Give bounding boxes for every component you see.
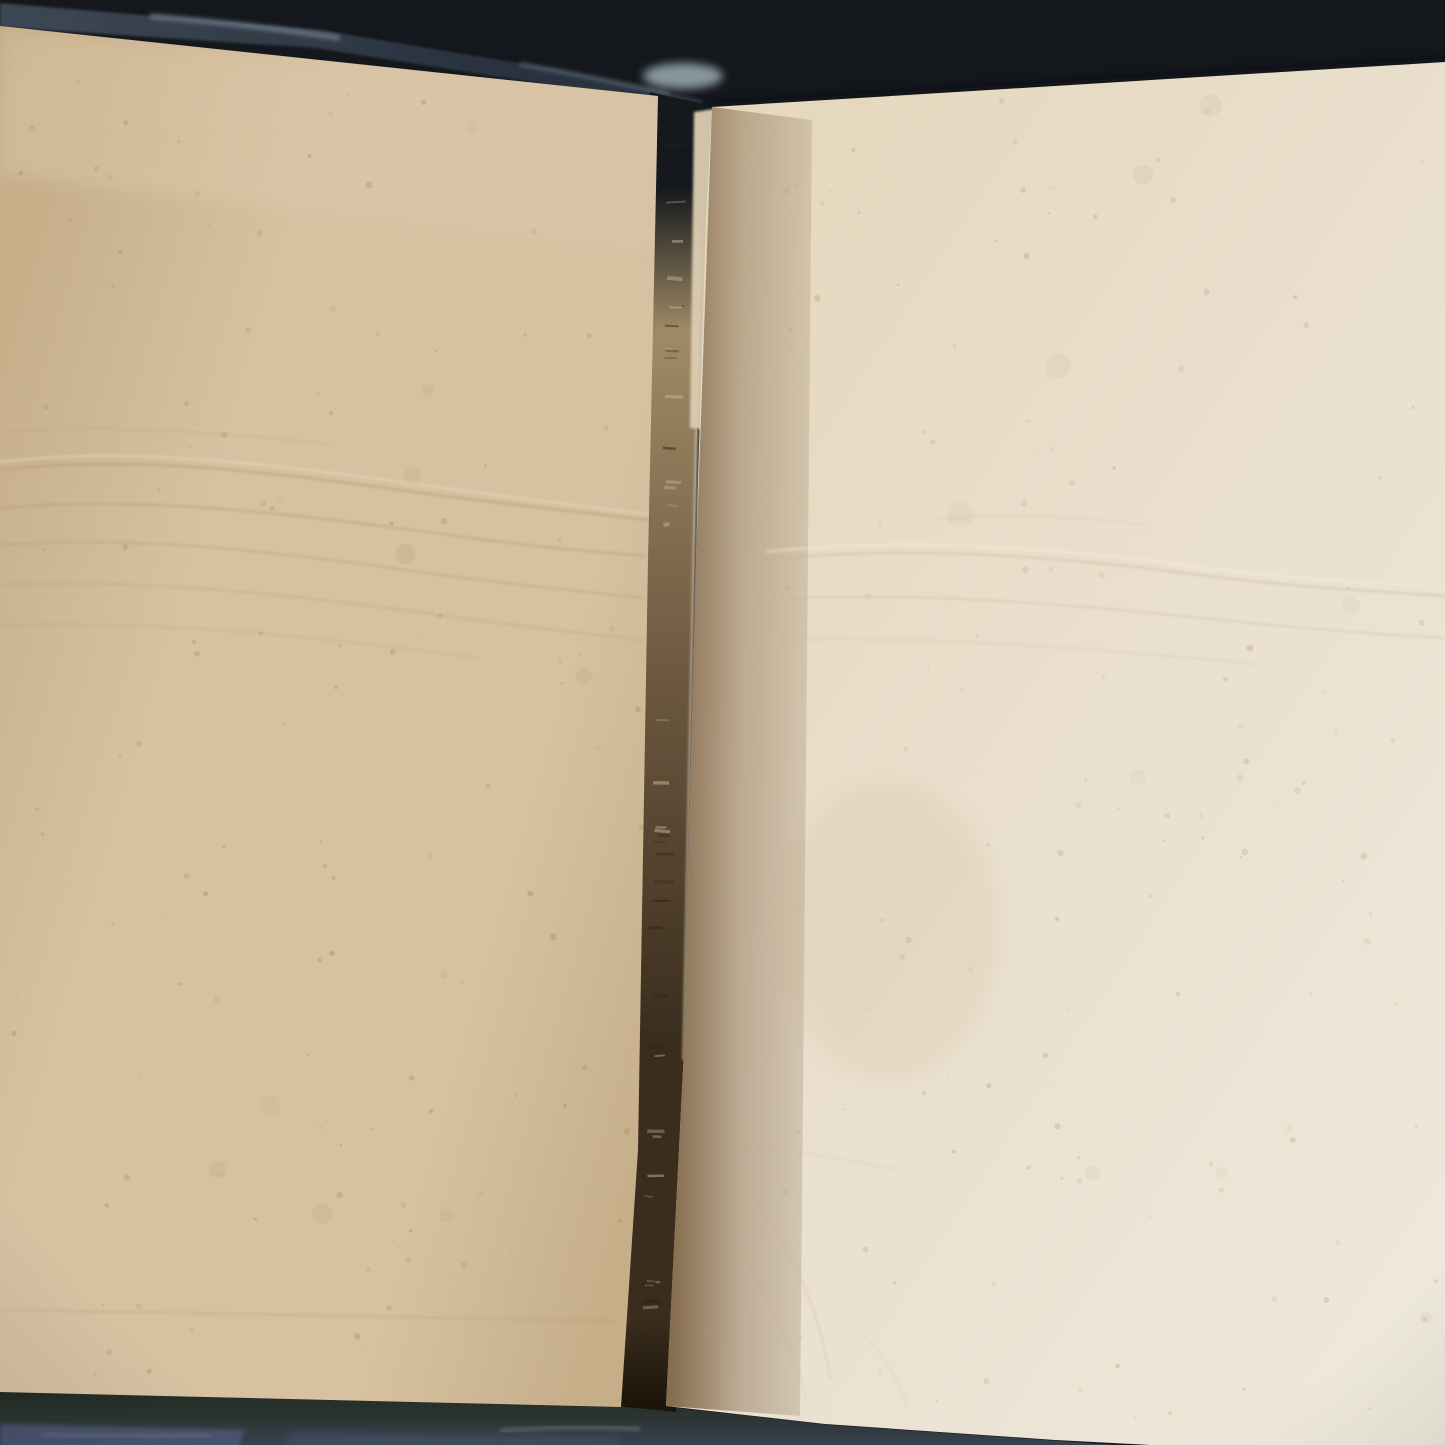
photo-vignette <box>0 0 1445 1445</box>
open-book-scene <box>0 0 1445 1445</box>
book-photo <box>0 0 1445 1445</box>
